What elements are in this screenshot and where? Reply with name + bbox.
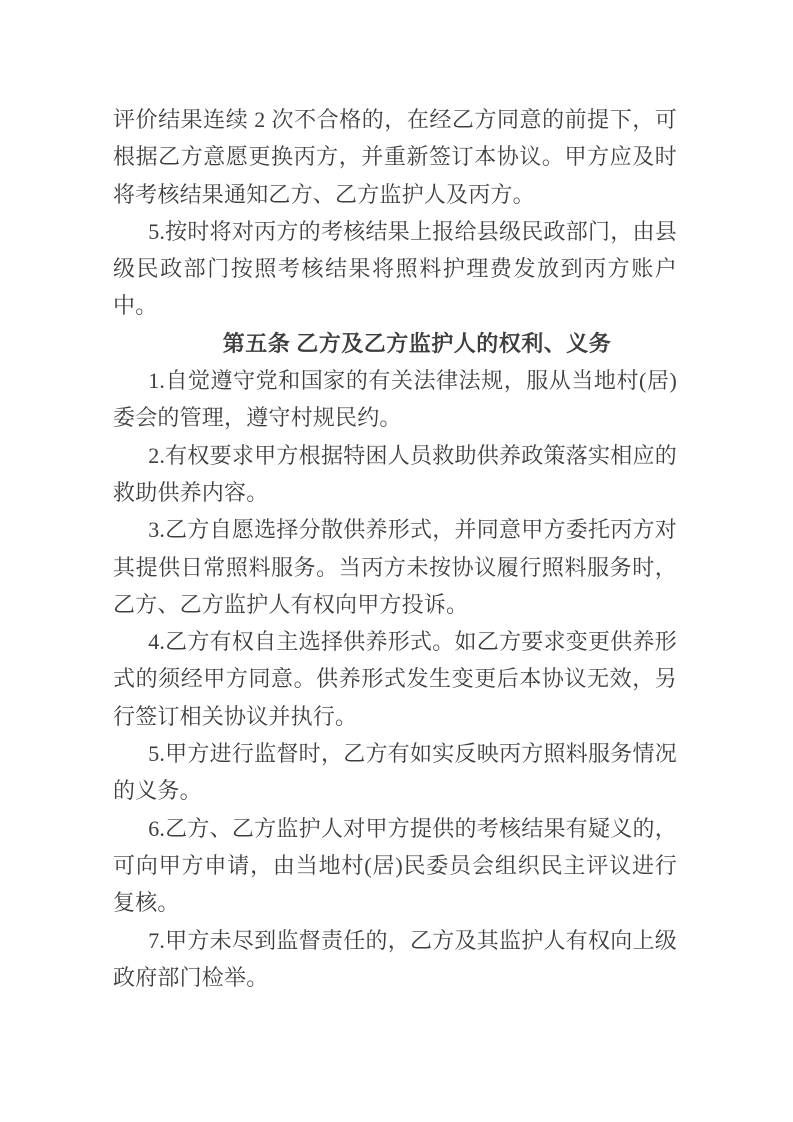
document-page: 评价结果连续 2 次不合格的，在经乙方同意的前提下，可根据乙方意愿更换丙方，并重… xyxy=(0,0,793,1122)
article5-item-1: 1.自觉遵守党和国家的有关法律法规，服从当地村(居)委会的管理，遵守村规民约。 xyxy=(113,362,677,437)
article5-item-7: 7.甲方未尽到监督责任的，乙方及其监护人有权向上级政府部门检举。 xyxy=(113,922,677,997)
paragraph-continuation: 评价结果连续 2 次不合格的，在经乙方同意的前提下，可根据乙方意愿更换丙方，并重… xyxy=(113,101,677,213)
article5-item-4: 4.乙方有权自主选择供养形式。如乙方要求变更供养形式的须经甲方同意。供养形式发生… xyxy=(113,623,677,735)
article5-heading: 第五条 乙方及乙方监护人的权利、义务 xyxy=(113,325,677,362)
document-content: 评价结果连续 2 次不合格的，在经乙方同意的前提下，可根据乙方意愿更换丙方，并重… xyxy=(113,101,677,996)
article4-item-5: 5.按时将对丙方的考核结果上报给县级民政部门，由县级民政部门按照考核结果将照料护… xyxy=(113,213,677,325)
article5-item-2: 2.有权要求甲方根据特困人员救助供养政策落实相应的救助供养内容。 xyxy=(113,437,677,512)
article5-item-5: 5.甲方进行监督时，乙方有如实反映丙方照料服务情况的义务。 xyxy=(113,735,677,810)
article5-item-6: 6.乙方、乙方监护人对甲方提供的考核结果有疑义的，可向甲方申请，由当地村(居)民… xyxy=(113,810,677,922)
article5-item-3: 3.乙方自愿选择分散供养形式，并同意甲方委托丙方对其提供日常照料服务。当丙方未按… xyxy=(113,511,677,623)
